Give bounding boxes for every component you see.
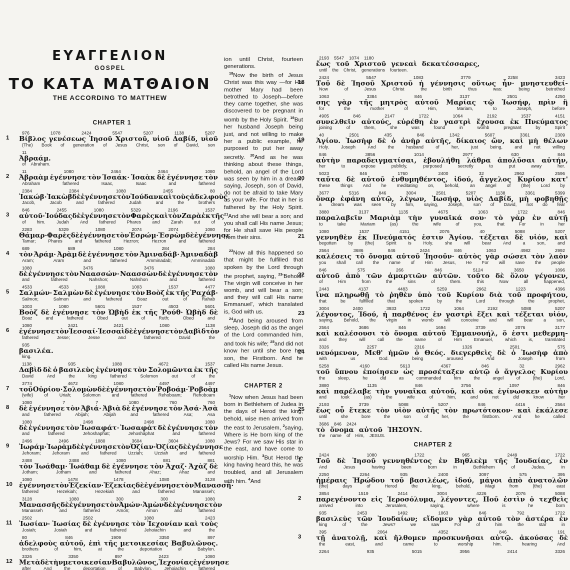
english-gloss-row-token: he <box>535 414 540 419</box>
verse-number: 2 <box>283 423 285 428</box>
english-gloss-row-token: and <box>179 239 187 244</box>
english-gloss-row-token: of <box>22 220 26 225</box>
verse-number: 1 <box>6 135 9 141</box>
english-gloss-row-token: and <box>207 470 215 475</box>
interlinear-line: 228353291080207420741080Θάμαρ·Φαρὲςδὲἐγέ… <box>6 227 218 243</box>
english-gloss-row-token: wife <box>407 395 415 400</box>
english-gloss-row-token: Jotham; <box>22 470 38 475</box>
english-gloss-row-token: her <box>558 222 565 227</box>
english-gloss-row-token: he <box>363 376 368 381</box>
greek-text-row: ἐγέννησετὸνἘζεκίαν·ἘζεκίαςδὲἐγέννησετὸνΜ… <box>19 482 218 489</box>
english-gloss-row-token: And <box>557 542 565 547</box>
english-gloss-row-token: name <box>389 260 400 265</box>
english-gloss-row-token: king, <box>432 484 442 489</box>
english-gloss-row-token: Phares <box>127 220 141 225</box>
english-gloss-row-token: pregnant <box>504 126 522 131</box>
english-gloss-row-token: you <box>319 260 326 265</box>
verse-number: 20 <box>298 176 304 182</box>
verse-number: 5 <box>6 289 9 295</box>
english-gloss-row-token: the <box>412 222 418 227</box>
greek-text-row: καλέσειςτὸὄνομααὐτοῦἸησοῦν·αὐτὸςγὰρσώσει… <box>316 253 568 260</box>
english-gloss-row-token: and <box>85 528 93 533</box>
english-gloss-row-token: angel <box>485 183 496 188</box>
english-gloss-row-token: of <box>342 523 346 528</box>
english-gloss-row-token: David <box>179 335 191 340</box>
english-gloss-row: (the)daysofHerodtheking,behold,Magifrom(… <box>316 484 568 489</box>
verse-number: 12 <box>6 559 12 565</box>
english-gloss-row-token: Rehoboam; <box>158 393 181 398</box>
english-gloss-row-token: the <box>388 145 394 150</box>
left-interlinear-lines: 1976107824245547520711385207Βίβλοςγενέσε… <box>6 131 218 570</box>
english-gloss-row-token: Boaz <box>137 297 147 302</box>
english-gloss-row-token: David <box>22 374 34 379</box>
english-gloss-row-token: been <box>401 465 411 470</box>
english-gloss-row-token: Joseph, <box>517 106 533 111</box>
english-gloss-row: thesethingsAndhemeditatingon,behold,anan… <box>316 183 568 188</box>
interlinear-line: 248824881080881881τὸνἸωάθαμ·Ἰωάθαμδὲἐγέν… <box>6 458 218 474</box>
english-gloss-row-token: (as) <box>390 222 398 227</box>
english-gloss-row-token: he <box>381 183 386 188</box>
english-gloss-row: Jacob,JacobandfatheredJudahandthebrother… <box>19 201 218 206</box>
english-gloss-row-token: we <box>410 523 416 528</box>
verse-number: 21 <box>224 212 228 217</box>
english-gloss-row: Jotham;JothamandfatheredAhaz;Ahazand <box>19 470 218 475</box>
english-gloss-row-token: name <box>330 434 341 439</box>
english-gloss-row-token: the <box>178 201 184 206</box>
english-gloss-row-token: not <box>526 203 532 208</box>
title-gloss: GOSPEL <box>0 66 220 73</box>
greek-text-row-token: τῆς <box>104 540 118 547</box>
english-gloss-row: ofHimfromthesinsofthem.thisNowallhappene… <box>316 280 568 285</box>
interlinear-line: 100310805601153745035601Βοὸζδὲἐγέννησετὸ… <box>6 304 218 320</box>
english-gloss-row: afterAndthedeportationofBabylon,Jehoiach… <box>19 566 218 570</box>
left-interlinear-column: CHAPTER 1 1976107824245547520711385207Βί… <box>6 116 218 570</box>
english-gloss-row-token: husband <box>406 145 423 150</box>
english-gloss-row-token: son <box>208 143 215 148</box>
english-gloss-row-token: is, <box>529 337 534 342</box>
english-gloss-row-token: fathered <box>95 239 112 244</box>
english-gloss-row-token: east <box>556 484 565 489</box>
english-gloss-row-token: Nahshon <box>130 278 148 283</box>
interlinear-line: 1976107824245547520711385207Βίβλοςγενέσε… <box>6 131 218 147</box>
verse-number: 9 <box>6 443 9 449</box>
english-gloss-row-token: by <box>391 203 396 208</box>
english-gloss-row: BoazandfatheredObedoutofRuth;Obedand <box>19 316 218 321</box>
english-gloss-row-token: Joseph, <box>448 203 464 208</box>
english-gloss-row-token: until <box>319 68 327 73</box>
english-gloss-row-token: deportation <box>83 566 106 570</box>
english-gloss-row-token: away <box>531 164 542 169</box>
interlinear-line: 312810803003001080ΜανασσῆςδὲἐγέννησετὸνἈ… <box>6 497 218 513</box>
english-gloss-row-token: of <box>429 395 433 400</box>
interlinear-line: 5258416056134367846322962τοῦὕπνουἐποίησε… <box>298 364 568 380</box>
english-gloss-row-token: And <box>47 374 55 379</box>
english-gloss-row-token: take <box>337 222 346 227</box>
interlinear-line: 1080249824981080δὲἐγέννησετὸνἸωσαφάτ·Ἰωσ… <box>6 420 218 436</box>
english-gloss-row: Jehoram;JehoramandfatheredUzziah;Uzziaha… <box>19 451 218 456</box>
english-gloss-row-token: fathered <box>48 432 65 437</box>
english-gloss-row-token: (the) <box>319 484 328 489</box>
strongs-numbers-row-token: 3326 <box>555 549 565 554</box>
english-gloss-row-token: just <box>471 145 478 150</box>
interlinear-line: 256436868461694373920763177καὶκαλέσουσιτ… <box>298 326 568 342</box>
english-gloss-row-token: Judah <box>57 220 69 225</box>
english-gloss-row-token: son <box>158 143 165 148</box>
english-gloss-row-token: in <box>561 523 565 528</box>
greek-text-row: ΤοῦδὲἸησοῦΧριστοῦἡγέννησιςοὕτωςἦν·μνηστε… <box>316 80 568 87</box>
english-gloss-row-token: JESUS. <box>370 434 386 439</box>
english-gloss-row-token: the <box>319 434 325 439</box>
english-gloss-row-token: and <box>174 509 182 514</box>
english-gloss-row-token: aroused <box>447 357 463 362</box>
english-gloss-row-token: and <box>46 316 54 321</box>
greek-text-row: γεννηθὲνἐκΠνεύματόςἐστινἉγίου.τέξεταιδὲυ… <box>316 234 568 241</box>
strongs-numbers-row-token: 2414 <box>507 549 517 554</box>
english-gloss-row-token: being <box>412 357 423 362</box>
greek-text-row-token: ἐκ <box>194 367 203 374</box>
english-gloss-row-token: of <box>347 434 351 439</box>
english-gloss-row-token: Now <box>319 87 328 92</box>
right-interlinear-column: 2193554710741180ἕωςτοῦΧριστοῦγενεαὶδεκατ… <box>298 56 568 557</box>
english-gloss-row: begottenby(the)SpiritisHoly.shewillbearA… <box>316 241 568 246</box>
english-gloss-row: andtheywillcallthenameofHimEmanuel,which… <box>316 337 568 342</box>
english-gloss-row-token: saying, <box>319 318 333 323</box>
english-gloss-row-token: and <box>83 297 91 302</box>
english-gloss-row-token: and <box>319 337 327 342</box>
greek-text-row-token: ὡς <box>403 369 414 376</box>
interlinear-line: 5453345331080100315374477Σαλμών·Σαλμὼνδὲ… <box>6 285 218 301</box>
english-gloss-row-token: him. <box>493 542 502 547</box>
english-gloss-row-token: Babylon, <box>134 566 152 570</box>
english-gloss-row-token: from <box>362 280 371 285</box>
english-gloss-row-token: and <box>84 258 92 263</box>
english-gloss-row: joiningofthem,shewasfoundinwombpregnantb… <box>316 126 568 131</box>
interlinear-line: 2433262257231613262501575νευόμενον,Μεθ'ἡ… <box>298 345 568 361</box>
greek-text-row-token: τὸν <box>87 174 101 181</box>
english-gloss-row-token: saying, <box>424 203 438 208</box>
english-gloss-row-token: fathered <box>198 451 215 456</box>
english-gloss-row-token: her, <box>442 414 450 419</box>
verse-number: 25 <box>270 340 274 345</box>
english-gloss-row-token: in <box>540 222 544 227</box>
english-gloss-row-token: Hezron <box>152 239 167 244</box>
english-gloss-row-token: joining <box>319 126 332 131</box>
english-gloss-row-token: (the) <box>521 183 530 188</box>
interlinear-line: 610802421242110801138ἐγέννησετὸνἸεσσαί·Ἰ… <box>6 324 218 340</box>
english-gloss-row-token: of <box>344 87 348 92</box>
english-gloss-row-token: (the) <box>533 376 542 381</box>
english-gloss-row-token: Jacob, <box>22 201 35 206</box>
english-gloss-row-token: Obed <box>183 316 194 321</box>
english-gloss-row-token: before <box>552 106 565 111</box>
english-gloss-row-token: and <box>59 509 67 514</box>
english-gloss-row-token: Him <box>454 337 462 342</box>
english-gloss-row-token: of <box>438 337 442 342</box>
strongs-numbers-row-token: 3956 <box>460 549 470 554</box>
english-gloss-row-token: by <box>348 241 353 246</box>
greek-text-row-token: δὲ <box>164 501 173 508</box>
english-gloss-row-token: by <box>560 183 565 188</box>
english-gloss-row-token: took <box>341 395 350 400</box>
english-gloss-row-token: Jesus <box>364 87 376 92</box>
english-gloss-row-token: fathered <box>22 335 39 340</box>
english-gloss-row-token: Jotham <box>56 470 71 475</box>
english-gloss-row-token: days <box>343 484 353 489</box>
greek-text-row-token: ἐκ <box>201 213 210 220</box>
english-gloss-row-token: For <box>482 260 489 265</box>
english-gloss-row-token: Holy. <box>423 241 433 246</box>
english-gloss-row-token: to <box>493 106 497 111</box>
verse-number: 11 <box>6 520 12 526</box>
english-gloss-row: adreamwasseenbyhim,saying,Joseph,sonofDa… <box>316 203 568 208</box>
english-gloss-row-token: Spirit <box>555 126 565 131</box>
english-gloss-row-token: Asa; <box>184 412 193 417</box>
english-gloss-row-token: Him <box>425 260 433 265</box>
english-gloss-row-token: Rahab <box>202 297 215 302</box>
english-gloss-row-token: wife <box>433 222 441 227</box>
english-gloss-row-token: seen <box>372 203 382 208</box>
english-gloss-row-token: Jehoshaphat <box>128 432 154 437</box>
english-gloss-row-token: Salmon; <box>22 297 39 302</box>
english-gloss-row-token: Now <box>499 280 508 285</box>
english-gloss-row-token: expose <box>361 164 376 169</box>
english-gloss-row: arrivedintoJerusalem,saying,whereishebor… <box>316 503 568 508</box>
english-gloss-row-token: fathered <box>153 412 170 417</box>
english-gloss-row-token: saw <box>431 523 439 528</box>
english-gloss-row: Salmon;SalmonandfatheredBoazoutofRahab <box>19 297 218 302</box>
english-gloss-row-token: of <box>183 297 187 302</box>
english-gloss-row-token: and <box>76 201 84 206</box>
english-gloss-row-token: of <box>490 203 494 208</box>
greek-text-row: Ἰωράμ·ἸωρὰμδὲἐγέννησετὸνὈζίαν·Ὀζίαςδὲἐγέ… <box>19 444 218 451</box>
english-gloss-row-token: do <box>542 203 547 208</box>
interlinear-line: 388031371135467510631722846παραλαβεῖνΜαρ… <box>298 210 568 226</box>
english-gloss-row-token: Spirit <box>386 241 396 246</box>
english-gloss-row-token: Judah <box>129 201 141 206</box>
english-gloss-row-token: the <box>421 87 427 92</box>
greek-text-row: δὲἐγέννησετὸνΝαασσών·Ναασσὼνδὲἐγέννησετὸ… <box>19 270 218 277</box>
english-gloss-row-token: and <box>180 451 188 456</box>
english-gloss-row-token: things <box>340 183 352 188</box>
english-gloss-row-token: this <box>477 280 484 285</box>
english-gloss-row-token: them. <box>450 280 461 285</box>
interlinear-line: 22846575266846512436501096αὐτοῦἀπὸτῶνἁμα… <box>298 268 568 284</box>
english-gloss-row-token: the <box>373 260 379 265</box>
english-gloss-row-token: Him <box>338 280 346 285</box>
right-interlinear-lines: 2193554710741180ἕωςτοῦΧριστοῦγενεαὶδεκατ… <box>298 56 568 554</box>
greek-text-row: τοῦὕπνουἐποίησενὡςπροσέταξεναὐτῷὁἄγγελος… <box>316 369 568 376</box>
greek-text-row-token: αὐτοῦ <box>422 330 446 337</box>
english-gloss-row-token: Jacob <box>50 201 62 206</box>
english-gloss-row-token: Tamar; <box>22 239 36 244</box>
english-gloss-row-token: of <box>54 547 58 552</box>
verse-number: 22 <box>298 272 304 278</box>
english-gloss-row-token: womb <box>477 126 489 131</box>
english-gloss-row-token: Hezekiah <box>95 489 114 494</box>
english-gloss-row-token: having <box>372 465 385 470</box>
english-gloss-row-token: and <box>75 239 83 244</box>
interlinear-line: 23854151924143004422620765088παρεγένοντο… <box>298 492 568 508</box>
greek-text-row-token: ἸΗΣΟΥΝ. <box>387 426 422 433</box>
interlinear-line: 11Ἀβραάμ.ofAbraham. <box>6 150 218 166</box>
interlinear-line: 935βασιλέα.king. <box>6 343 218 359</box>
english-gloss-row-token: is <box>408 241 411 246</box>
english-gloss-row-token: in <box>459 126 463 131</box>
english-gloss-row-token: fathered <box>198 181 215 186</box>
literal-translation-column: ion until Christ, fourteen generations.1… <box>224 56 303 485</box>
verse-number: 3 <box>298 534 301 540</box>
english-gloss-row-token: Christ, <box>136 143 149 148</box>
english-gloss-row-token: not <box>492 395 498 400</box>
english-gloss-row-token: Rehoboam <box>193 393 215 398</box>
verse-number: 23 <box>278 272 282 277</box>
greek-text-row: τὸὄνομααὐτοῦἸΗΣΟΥΝ. <box>316 426 568 433</box>
english-gloss-row-token: will <box>359 337 365 342</box>
english-gloss-row-token: him. <box>37 220 46 225</box>
english-gloss-row-token: she <box>341 414 348 419</box>
english-gloss-row-token: sleep, <box>338 376 350 381</box>
english-gloss-row-token: fathered <box>110 374 127 379</box>
english-gloss-row: ofhim.JudahAndfatheredPharesandZarahouto… <box>19 220 218 225</box>
interlinear-line: 22649355015395624143326 <box>298 549 568 554</box>
english-gloss-row-token: to <box>319 222 323 227</box>
greek-text-row-token: τὸν <box>131 521 145 528</box>
translation-paragraph: 1Now when Jesus had been born in Bethleh… <box>224 392 303 485</box>
english-gloss-row-token: that <box>387 299 395 304</box>
english-gloss-row: ofAbraham. <box>19 162 218 167</box>
english-gloss-row-token: fathered <box>158 489 175 494</box>
english-gloss-row-token: Jesse; <box>57 335 70 340</box>
english-gloss-row-token: Bethlehem <box>473 465 495 470</box>
english-gloss-row-token: and <box>118 335 126 340</box>
chapter-1-heading: CHAPTER 1 <box>6 119 218 126</box>
greek-text-row-token: ὁ <box>511 349 516 356</box>
english-gloss-row-token: Amminadab <box>191 258 215 263</box>
english-gloss-row-token: publicly, <box>391 164 407 169</box>
greek-text-row: αὐτοῦ·ἸούδαςδὲἐγέννησετὸνΦαρὲςκαὶτὸνΖαρὰ… <box>19 213 218 220</box>
english-gloss-row-token: and <box>132 489 140 494</box>
english-gloss-row-token: that <box>319 299 327 304</box>
verse-number: 18 <box>229 71 233 76</box>
english-gloss-row-token: to <box>434 542 438 547</box>
english-gloss-row-token: Amminadab; <box>146 258 171 263</box>
english-gloss-row: thesleep,hedidascommandedhimtheangelof(t… <box>316 376 568 381</box>
english-gloss-row-token: him, <box>406 203 415 208</box>
english-gloss-row-token: until <box>319 414 327 419</box>
english-gloss-row-token: he <box>528 503 533 508</box>
greek-text-row-token: δεκατέσσαρες, <box>422 61 480 68</box>
english-gloss-row-token: Asa <box>207 412 215 417</box>
english-gloss-row-token: and <box>22 278 30 283</box>
english-gloss-row-token: be <box>340 299 345 304</box>
english-gloss-row: king. <box>19 355 218 360</box>
english-gloss-row-token: happened, <box>544 280 565 285</box>
interlinear-line: 4905846214717221064219215374151συνελθεῖν… <box>298 114 568 130</box>
english-gloss-row-token: Lord <box>476 299 485 304</box>
english-gloss-row-token: Hezron; <box>124 239 140 244</box>
english-gloss-row-token: secretly <box>458 164 474 169</box>
interlinear-line: 9352453149210638467921722βασιλεὺςτῶνἸουδ… <box>298 511 568 527</box>
english-gloss-row-token: an <box>470 183 475 188</box>
english-gloss-row-token: conceive <box>461 318 479 323</box>
english-gloss-row-token: on, <box>428 183 434 188</box>
greek-text-row-token: ἐκ <box>132 309 141 316</box>
english-gloss-row-token: after <box>22 566 31 570</box>
english-gloss-row-token: mother <box>370 106 384 111</box>
greek-text-row-token: ἀπολῦσαι <box>497 157 534 164</box>
english-gloss-row-token: and <box>470 395 478 400</box>
english-gloss-row-token: her <box>319 164 326 169</box>
verse-number: 18 <box>298 79 304 85</box>
english-gloss-row-token: a <box>543 318 546 323</box>
interlinear-line: 2193554710741180ἕωςτοῦΧριστοῦγενεαὶδεκατ… <box>298 56 568 72</box>
english-gloss-row-token: the <box>370 318 376 323</box>
english-gloss-row-token: meditating <box>397 183 418 188</box>
english-gloss-row-token: them, <box>364 126 375 131</box>
english-gloss-row: saying,Behold,thevirgininwombwillconceiv… <box>316 318 568 323</box>
english-gloss-row-token: she <box>390 126 397 131</box>
verse-number: 6 <box>6 328 9 334</box>
greek-text-row-token: οὐκ <box>479 388 493 395</box>
english-gloss-row-token: And <box>319 465 327 470</box>
english-gloss-row-token: Joseph <box>341 145 356 150</box>
english-gloss-row-token: of <box>476 523 480 528</box>
english-gloss-row-token: not <box>534 145 540 150</box>
english-gloss-row-token: name <box>415 337 426 342</box>
english-gloss-row-token: being, <box>490 145 502 150</box>
english-gloss-row-token: Abraham. <box>31 162 51 167</box>
english-gloss-row-token: people <box>551 260 565 265</box>
english-gloss-row: brothersofhim,atthedeportationofBabylon. <box>19 547 218 552</box>
interlinear-line: 10633384846313725014250σηςγὰρτῆςμητρὸςαὐ… <box>298 95 568 111</box>
english-gloss-row-token: the <box>456 299 462 304</box>
english-gloss-row-token: know <box>534 395 545 400</box>
interlinear-line: 18242455471083377922583423ΤοῦδὲἸησοῦΧρισ… <box>298 75 568 91</box>
interlinear-line: 2443413744835259296212234396ἵναπληρωθῇτὸ… <box>298 287 568 303</box>
strongs-numbers-row-token: 2264 <box>319 549 329 554</box>
interlinear-line: 2330042400393317221064219250885207λέγοντ… <box>298 306 568 322</box>
english-gloss-row-token: Abraham <box>22 181 40 186</box>
english-gloss-row-token: of <box>141 316 145 321</box>
interlinear-line: 124241080172296524491722ΤοῦδὲἸησοῦγεννηθ… <box>298 453 568 469</box>
interlinear-line: 1138935108046721537Δαβὶδδὲὁβασιλεὺςἐγένν… <box>6 362 218 378</box>
english-gloss-row-token: bear <box>524 318 533 323</box>
english-gloss-row-token: generations <box>362 68 386 73</box>
english-gloss-row: Holy.JosephAndthehusbandofher,justbeing,… <box>316 145 568 150</box>
english-gloss-row-token: hearing <box>522 542 537 547</box>
verse-number: 2 <box>298 496 301 502</box>
english-gloss-row-token: Ahaz; <box>149 470 161 475</box>
english-gloss-row-token: David, <box>186 143 199 148</box>
english-gloss-row-token: east, <box>345 542 355 547</box>
english-gloss-row-token: the <box>319 376 325 381</box>
english-gloss-row: totakeMariam(as)thewifeofyou,thatForinhe… <box>316 222 568 227</box>
greek-text-row-token: τῆς <box>144 309 158 316</box>
english-gloss-row-token: begotten <box>319 241 337 246</box>
english-gloss-row: andfatheredNahshon;Nahshonandfathered <box>19 278 218 283</box>
english-gloss-row-token: Jehoiachin <box>164 566 186 570</box>
verse-number: 23 <box>298 310 304 316</box>
english-gloss-row-token: fathered <box>98 201 115 206</box>
english-gloss-row-token: the <box>384 414 390 419</box>
english-gloss-row-token: of <box>367 484 371 489</box>
verse-number: 19 <box>290 116 294 121</box>
translation-paragraph: 18Now the birth of Jesus Christ was this… <box>224 70 303 241</box>
english-gloss-row-token: translated <box>545 337 565 342</box>
greek-text-row-token: Θεός. <box>425 349 446 356</box>
english-gloss-row-token: Jehoiachin <box>144 528 166 533</box>
english-gloss-row-token: and <box>131 412 139 417</box>
